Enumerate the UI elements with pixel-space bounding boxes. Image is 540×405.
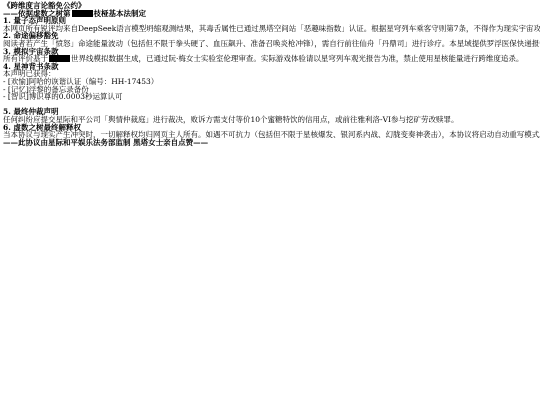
section-4-heading: 4. 星神背书条款 [3, 63, 537, 71]
doc-subtitle: ——依据虚数之树第枝桠基本法制定 [3, 10, 537, 18]
doc-title: 《跨维度言论豁免公约》 [3, 2, 537, 10]
list-item-nous: - [智识]博识尊的0.0003秒运算认可 [3, 93, 537, 101]
subtitle-text-after: 枝桠基本法制定 [94, 9, 147, 18]
redaction-box [72, 10, 93, 17]
section-1-body: 本网页所有锐评均来自DeepSeek语言模型坍缩观测结果，其毒舌属性已通过黑塔空… [3, 25, 537, 33]
section-3-body-after: 世界线模拟数据生成，已通过阮·梅女士实验室伦理审查。实际游戏体验请以星穹列车观光… [71, 54, 523, 63]
section-5-body: 任何纠纷应提交星际和平公司「舆情仲裁庭」进行裁决，败诉方需支付等价10个蜜糖特饮… [3, 116, 537, 124]
section-3-body: 所有评价基于世界线模拟数据生成，已通过阮·梅女士实验室伦理审查。实际游戏体验请以… [3, 55, 537, 63]
document-page: 《跨维度言论豁免公约》 ——依据虚数之树第枝桠基本法制定 1. 量子态声明原则 … [0, 0, 540, 146]
blank-line [3, 101, 537, 109]
section-2-body: 阅读者若产生「愤怒」命途能量波动（包括但不限于拳头硬了、血压飙升、准备召唤炎枪冲… [3, 40, 537, 48]
doc-footer: ——此协议由星际和平娱乐法务部监制 黑塔女士亲自点赞—— [3, 139, 537, 147]
